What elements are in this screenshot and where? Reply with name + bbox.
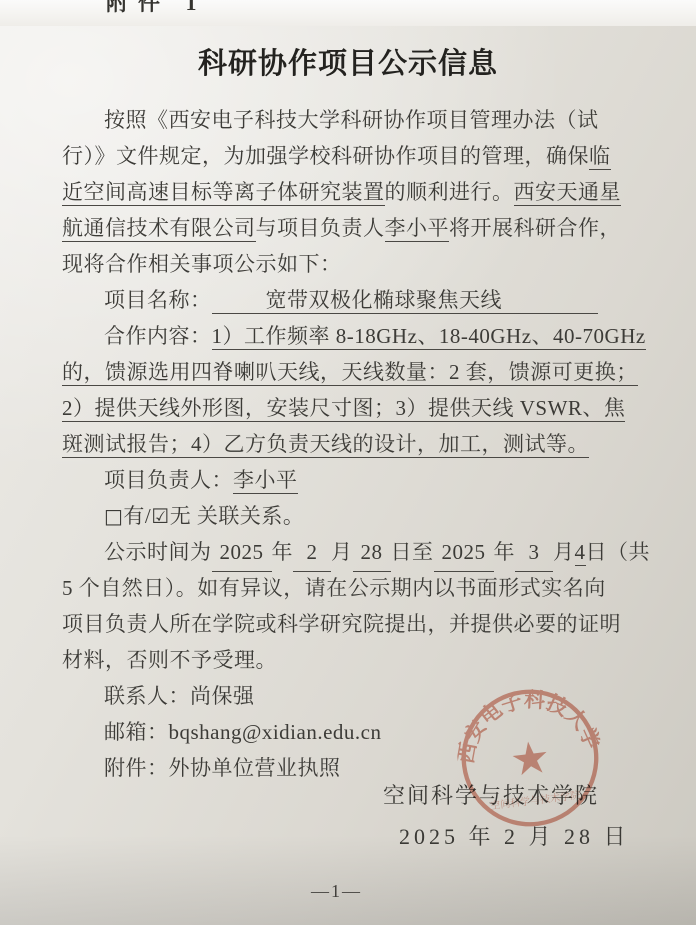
leader-line: 项目负责人：李小平 [62,462,648,498]
cooperation-content: 2）提供天线外形图，安装尺寸图；3）提供天线 VSWR、焦 [62,396,625,422]
relation-line: □有/☑无 关联关系。 [62,498,648,534]
cooperation-line-4: 斑测试报告；4）乙方负责天线的设计，加工，测试等。 [62,426,648,462]
email-label: 邮箱： [104,720,169,744]
attachment-label: 附件： [104,756,169,780]
contact-value: 尚保强 [190,684,255,708]
checkbox-unchecked-icon: □ [104,504,123,528]
cooperation-label: 合作内容： [104,324,212,348]
cooperation-line-1: 合作内容：1）工作频率 8-18GHz、18-40GHz、40-70GHz [62,318,648,354]
intro-line-4: 航通信技术有限公司与项目负责人李小平将开展科研合作， [62,210,648,246]
period-start-month: 2 [293,534,331,572]
project-name-label: 项目名称： [104,288,212,312]
cooperation-line-2: 的，馈源选用四脊喇叭天线，天线数量：2 套，馈源可更换； [62,354,648,390]
underlined-text: 临 [589,144,611,170]
period-unit: 月 [331,540,353,564]
contact-label: 联系人： [104,684,190,708]
seal-sub-text: 空间科学与技术学院 [489,788,581,812]
period-unit: 日至 [391,540,434,564]
period-start-year: 2025 [212,534,272,572]
relation-none-label: 无 关联关系。 [170,504,305,528]
notice-line-1: 5 个自然日）。如有异议，请在公示期内以书面形式实名向 [62,570,648,606]
photo-top-edge: 附件 1 [0,0,696,26]
notice-text: 5 个自然日）。如有异议，请在公示期内以书面形式实名向 [62,576,606,600]
intro-line-1: 按照《西安电子科技大学科研协作项目管理办法（试 [62,102,648,138]
period-end-month: 3 [515,534,553,572]
underlined-company-name: 西安天通星 [514,180,622,206]
intro-text: 将开展科研合作， [449,216,621,240]
attachment-value: 外协单位营业执照 [169,756,341,780]
cooperation-line-3: 2）提供天线外形图，安装尺寸图；3）提供天线 VSWR、焦 [62,390,648,426]
cooperation-content: 的，馈源选用四脊喇叭天线，天线数量：2 套，馈源可更换； [62,360,638,386]
period-unit: 年 [272,540,294,564]
period-unit: 年 [494,540,516,564]
period-end-day: 4 [575,540,586,566]
page-number: —1— [311,881,362,902]
leader-value: 李小平 [233,468,298,494]
intro-text: 现将合作相关事项公示如下： [62,252,342,276]
university-seal-stamp: 西安电子科技大学 ★ 空间科学与技术学院 [450,678,610,838]
period-suffix: 日（共 [586,540,651,564]
intro-text: 与项目负责人 [256,216,385,240]
project-name-value: 宽带双极化椭球聚焦天线 [212,288,599,314]
underlined-company-name: 航通信技术有限公司 [62,216,256,242]
period-end-year: 2025 [434,534,494,572]
relation-have-label: 有/ [123,504,151,528]
notice-line-3: 材料，否则不予受理。 [62,642,648,678]
checkbox-checked-icon: ☑ [151,504,169,528]
notice-text: 材料，否则不予受理。 [62,648,277,672]
notice-text: 项目负责人所在学院或科学研究院提出，并提供必要的证明 [62,612,621,636]
notice-line-2: 项目负责人所在学院或科学研究院提出，并提供必要的证明 [62,606,648,642]
underlined-person-name: 李小平 [385,216,450,242]
page-title: 科研协作项目公示信息 [0,26,696,86]
cooperation-content: 1）工作频率 8-18GHz、18-40GHz、40-70GHz [212,324,646,350]
email-value: bqshang@xidian.edu.cn [169,720,382,744]
intro-line-5: 现将合作相关事项公示如下： [62,246,648,282]
cooperation-content: 斑测试报告；4）乙方负责天线的设计，加工，测试等。 [62,432,589,458]
attachment-remnant-label: 附件 1 [106,0,207,17]
period-start-day: 28 [353,534,391,572]
intro-text: 行）》文件规定，为加强学校科研协作项目的管理，确保 [62,144,589,168]
intro-line-3: 近空间高速目标等离子体研究装置的顺利进行。西安天通星 [62,174,648,210]
intro-line-2: 行）》文件规定，为加强学校科研协作项目的管理，确保临 [62,138,648,174]
leader-label: 项目负责人： [104,468,233,492]
underlined-device-name: 近空间高速目标等离子体研究装置 [62,180,385,206]
intro-text: 按照《西安电子科技大学科研协作项目管理办法（试 [104,108,599,132]
project-name-line: 项目名称：宽带双极化椭球聚焦天线 [62,282,648,318]
star-icon: ★ [507,732,553,787]
period-unit: 月 [553,540,575,564]
period-prefix: 公示时间为 [104,540,212,564]
publicity-period-line: 公示时间为2025年2月28日至2025年3月4日（共 [62,534,648,570]
intro-text: 的顺利进行。 [385,180,514,204]
